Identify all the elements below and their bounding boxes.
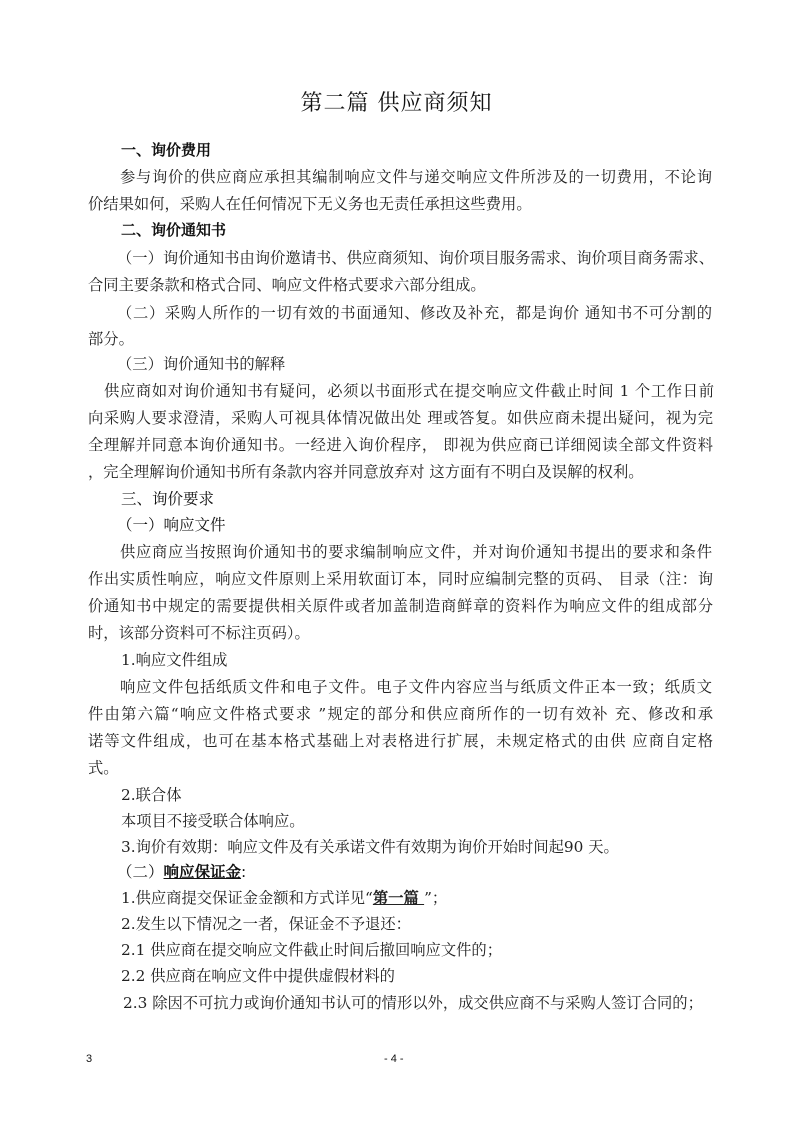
- paragraph-line: 时，该部分资料可不标注页码）。: [88, 623, 310, 643]
- paragraph-line: 2.1 供应商在提交响应文件截止时间后撤回响应文件的；: [121, 940, 502, 960]
- item-heading-consortium: 2.联合体: [121, 785, 182, 805]
- paragraph-line: 2.3 除因不可抗力或询价通知书认可的情形以外，成交供应商不与采购人签订合同的；: [123, 993, 703, 1013]
- footer-left-number: 3: [86, 1053, 92, 1065]
- paragraph-line: 价通知书中规定的需要提供相关原件或者加盖制造商鲜章的资料作为响应文件的组成部分: [88, 596, 713, 616]
- paragraph-line: 2.发生以下情况之一者，保证金不予退还：: [121, 914, 411, 934]
- paragraph-line: （一）询价通知书由询价邀请书、供应商须知、询价项目服务需求、询价项目商务需求、: [117, 248, 714, 268]
- deposit-suffix: :: [241, 863, 246, 881]
- paragraph-line: 式。: [88, 758, 119, 778]
- part-one-reference-link[interactable]: 第一篇: [373, 889, 424, 907]
- paragraph-line: 供应商应当按照询价通知书的要求编制响应文件，并对询价通知书提出的要求和条件: [120, 542, 712, 562]
- paragraph-line: 合同主要条款和格式合同、响应文件格式要求六部分组成。: [88, 275, 486, 295]
- deposit-prefix: （二）: [117, 863, 164, 881]
- subsection-heading-response-docs: （一）响应文件: [117, 515, 226, 535]
- paragraph-line: 作出实质性响应，响应文件原则上采用软面订本，同时应编制完整的页码、 目录（注：询: [88, 569, 713, 589]
- document-page: 第二篇 供应商须知 一、询价费用 参与询价的供应商应承担其编制响应文件与递交响应…: [0, 0, 793, 1122]
- subsection-heading-deposit: （二）响应保证金:: [117, 862, 246, 882]
- paragraph-line: 供应商如对询价通知书有疑问，必须以书面形式在提交响应文件截止时间 1 个工作日前: [104, 381, 714, 401]
- paragraph-line: 1.供应商提交保证金金额和方式详见“第一篇 ”；: [121, 888, 447, 908]
- paragraph-line: 价结果如何，采购人在任何情况下无义务也无责任承担这些费用。: [88, 194, 532, 214]
- page-number: - 4 -: [384, 1053, 404, 1065]
- section-heading-inquiry-requirements: 三、询价要求: [121, 489, 214, 509]
- deposit-item-1-text: 1.供应商提交保证金金额和方式详见“: [121, 889, 373, 907]
- paragraph-line: ，完全理解询价通知书所有条款内容并同意放弃对 这方面有不明白及误解的权利。: [88, 462, 644, 482]
- paragraph-line: 向采购人要求澄清，采购人可视具体情况做出处 理或答复。如供应商未提出疑问，视为完: [88, 408, 713, 428]
- paragraph-line: 全理解并同意本询价通知书。一经进入询价程序， 即视为供应商已详细阅读全部文件资料: [88, 435, 713, 455]
- page-title: 第二篇 供应商须知: [0, 86, 793, 117]
- paragraph-line: 响应文件包括纸质文件和电子文件。电子文件内容应当与纸质文件正本一致；纸质文: [120, 677, 712, 697]
- item-heading-doc-composition: 1.响应文件组成: [121, 650, 227, 670]
- subsection-heading-interpretation: （三）询价通知书的解释: [117, 354, 285, 374]
- paragraph-line: 部分。: [88, 329, 134, 349]
- paragraph-line: 参与询价的供应商应承担其编制响应文件与递交响应文件所涉及的一切费用，不论询: [120, 167, 712, 187]
- paragraph-line: 件由第六篇“响应文件格式要求 ”规定的部分和供应商所作的一切有效补 充、修改和承: [88, 704, 713, 724]
- paragraph-line: 本项目不接受联合体响应。: [121, 811, 305, 831]
- deposit-title: 响应保证金: [164, 863, 242, 881]
- paragraph-line: 诺等文件组成，也可在基本格式基础上对表格进行扩展，未规定格式的由供 应商自定格: [88, 731, 713, 751]
- section-heading-inquiry-cost: 一、询价费用: [121, 140, 211, 160]
- paragraph-line: 2.2 供应商在响应文件中提供虚假材料的: [121, 966, 395, 986]
- section-heading-inquiry-notice: 二、询价通知书: [121, 220, 226, 240]
- paragraph-line: 3.询价有效期：响应文件及有关承诺文件有效期为询价开始时间起90 天。: [121, 837, 619, 857]
- deposit-item-1-suffix: ”；: [424, 889, 447, 907]
- paragraph-line: （二）采购人所作的一切有效的书面通知、修改及补充，都是询价 通知书不可分割的: [117, 303, 712, 323]
